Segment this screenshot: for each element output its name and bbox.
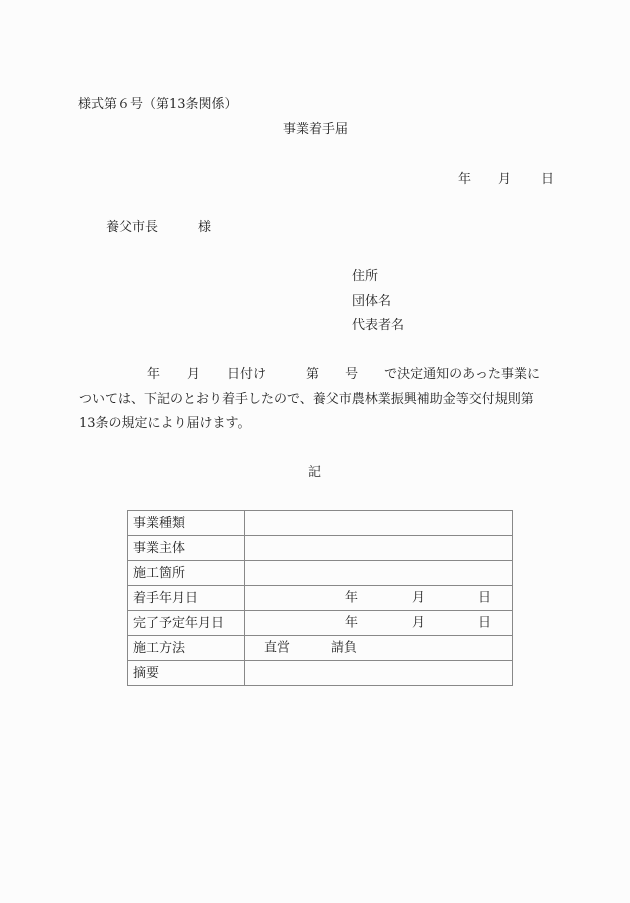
start-date-field[interactable]: 年 月 日 [245,586,513,611]
completion-month-label: 月 [412,617,425,630]
row-label: 摘要 [128,661,245,686]
date-month-label: 月 [498,173,541,186]
addressee-honorific: 様 [198,220,211,235]
completion-date-field[interactable]: 年 月 日 [245,611,513,636]
method-direct-option[interactable]: 直営 [264,642,290,655]
date-year-label: 年 [458,173,498,186]
table-row: 施工方法 直営 請負 [128,636,513,661]
start-month-label: 月 [412,592,425,605]
notice-go: 号 [345,367,358,382]
table-row: 摘要 [128,661,513,686]
form-number: 様式第６号（第13条関係） [78,98,238,111]
business-entity-field[interactable] [245,536,513,561]
notice-day: 日付け [227,367,266,382]
ki-heading: 記 [308,466,321,479]
table-row: 事業主体 [128,536,513,561]
method-contract-option[interactable]: 請負 [331,642,357,655]
row-label: 着手年月日 [128,586,245,611]
row-label: 事業種類 [128,511,245,536]
date-day-label: 日 [541,173,554,186]
body-line-2: ついては、下記のとおり着手したので、養父市農林業振興補助金等交付規則第 [79,393,549,418]
notice-month: 月 [187,367,200,382]
submission-date: 年月日 [458,173,554,186]
notice-tail: で決定通知のあった事業に [384,367,540,382]
table-row: 完了予定年月日 年 月 日 [128,611,513,636]
remarks-field[interactable] [245,661,513,686]
row-label: 施工方法 [128,636,245,661]
body-line-3: 13条の規定により届けます。 [79,417,549,442]
applicant-block: 住所 団体名 代表者名 [352,270,404,344]
notice-year: 年 [147,367,160,382]
group-name-label: 団体名 [352,295,404,320]
construction-method-field[interactable]: 直営 請負 [245,636,513,661]
row-label: 完了予定年月日 [128,611,245,636]
table-row: 施工箇所 [128,561,513,586]
row-label: 施工箇所 [128,561,245,586]
table-row: 事業種類 [128,511,513,536]
document-title: 事業着手届 [283,123,348,136]
addressee-name: 養父市長 [106,221,198,234]
construction-site-field[interactable] [245,561,513,586]
notice-dai: 第 [306,367,319,382]
business-type-field[interactable] [245,511,513,536]
completion-year-label: 年 [345,617,358,630]
table-row: 着手年月日 年 月 日 [128,586,513,611]
row-label: 事業主体 [128,536,245,561]
addressee: 養父市長様 [106,221,211,234]
body-paragraph: 年月日付け第号で決定通知のあった事業に ついては、下記のとおり着手したので、養父… [79,368,549,442]
address-label: 住所 [352,270,404,295]
completion-day-label: 日 [478,617,491,630]
start-day-label: 日 [478,592,491,605]
start-year-label: 年 [345,592,358,605]
representative-label: 代表者名 [352,319,404,344]
detail-table: 事業種類 事業主体 施工箇所 着手年月日 年 月 日 完了予定年月日 年 月 日 [127,510,513,686]
body-line-1: 年月日付け第号で決定通知のあった事業に [79,368,549,393]
